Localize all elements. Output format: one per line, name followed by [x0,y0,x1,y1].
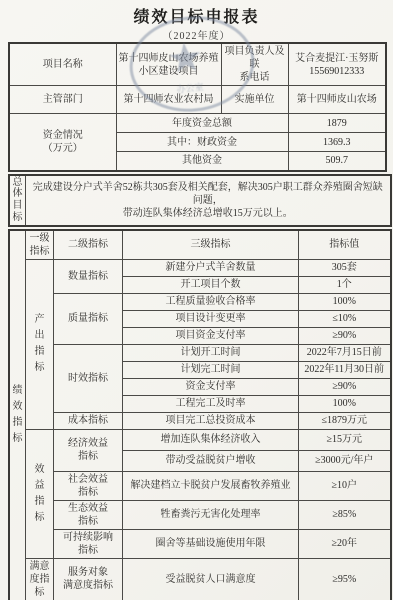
l3-cell: 计划完工时间 [123,361,299,378]
l3-cell: 受益脱贫人口满意度 [123,558,299,600]
l3-cell: 牲畜粪污无害化处理率 [123,500,299,529]
l3-cell: 计划开工时间 [123,344,299,361]
dept-value: 第十四师农业农村局 [116,86,221,114]
l3-cell: 资金支付率 [123,378,299,395]
value-cell: ≥90% [299,378,391,395]
value-cell: ≥3000元/年户 [299,450,391,471]
form-title: 绩效目标申报表 [0,4,393,27]
value-cell: ≥85% [299,500,391,529]
dept-label: 主管部门 [9,86,116,114]
impl-unit-value: 第十四师皮山农场 [288,86,386,114]
l3-cell: 项目完工总投资成本 [123,412,299,429]
l3-cell: 工程完工及时率 [123,395,299,412]
l2-cell: 成本指标 [54,412,123,429]
l3-cell: 增加连队集体经济收入 [123,429,299,450]
l2-cell: 质量指标 [54,293,123,344]
value-cell: 305套 [299,259,391,276]
leader-value: 艾合麦提江·玉努斯 15569012333 [288,43,386,86]
overall-goal-label-cell: 总体目标 [9,175,26,226]
header-level3: 三级指标 [123,230,299,260]
header-level1: 一级指标 [26,230,54,260]
l2-cell: 时效指标 [54,344,123,412]
indicator-row: 生态效益 指标 牲畜粪污无害化处理率 ≥85% [9,500,391,529]
leader-label: 项目负责人及联 系电话 [221,43,288,86]
project-name-value: 第十四师皮山农场养殖 小区建设项目 [116,43,221,86]
indicator-row: 成本指标 项目完工总投资成本 ≤1879万元 [9,412,391,429]
value-cell: ≥20年 [299,529,391,558]
value-cell: 1个 [299,276,391,293]
l3-cell: 带动受益脱贫户增收 [123,450,299,471]
l3-cell: 解决建档立卡脱贫户发展畜牧养殖业 [123,471,299,500]
funding-other-name: 其他资金 [116,152,288,171]
performance-side-label: 绩效指标 [12,383,23,447]
l2-cell: 经济效益 指标 [54,429,123,471]
indicator-row: 社会效益 指标 解决建档立卡脱贫户发展畜牧养殖业 ≥10户 [9,471,391,500]
value-cell: ≤1879万元 [299,412,391,429]
l1-output-label: 产出指标 [34,312,45,376]
overall-goal-table: 总体目标 完成建设分户式羊舍52栋共305套及相关配套，解决305户职工群众养殖… [8,174,392,227]
overall-goal-label: 总体目标 [12,177,23,224]
dept-row: 主管部门 第十四师农业农村局 实施单位 第十四师皮山农场 [9,86,386,114]
l3-cell: 圈舍等基础设施使用年限 [123,529,299,558]
overall-goal-row: 总体目标 完成建设分户式羊舍52栋共305套及相关配套，解决305户职工群众养殖… [9,175,391,226]
project-name-label: 项目名称 [9,43,116,86]
indicators-header-row: 绩效指标 一级指标 二级指标 三级指标 指标值 [9,230,391,260]
funding-fiscal-name: 其中：财政资金 [116,133,288,152]
l1-satisfaction-label: 满意 度指 标 [26,558,54,600]
value-cell: ≤10% [299,310,391,327]
header-level2: 二级指标 [54,230,123,260]
l1-output-label-cell: 产出指标 [26,259,54,429]
value-cell: ≥90% [299,327,391,344]
funding-label: 资金情况 （万元） [9,114,116,171]
form-subtitle: （2022年度） [0,27,393,42]
l3-cell: 工程质量验收合格率 [123,293,299,310]
indicators-table: 绩效指标 一级指标 二级指标 三级指标 指标值 产出指标 数量指标 新建分户式羊… [8,229,392,600]
value-cell: 100% [299,293,391,310]
indicator-row: 时效指标 计划开工时间 2022年7月15日前 [9,344,391,361]
l2-cell: 数量指标 [54,259,123,293]
l1-benefit-label-cell: 效益指标 [26,429,54,558]
l3-cell: 项目资金支付率 [123,327,299,344]
indicator-row: 效益指标 经济效益 指标 增加连队集体经济收入 ≥15万元 [9,429,391,450]
l2-cell: 生态效益 指标 [54,500,123,529]
value-cell: 100% [299,395,391,412]
value-cell: ≥10户 [299,471,391,500]
indicator-row: 产出指标 数量指标 新建分户式羊舍数量 305套 [9,259,391,276]
impl-unit-label: 实施单位 [221,86,288,114]
project-info-table: 项目名称 第十四师皮山农场养殖 小区建设项目 项目负责人及联 系电话 艾合麦提江… [8,42,387,172]
indicator-row: 质量指标 工程质量验收合格率 100% [9,293,391,310]
funding-total-value: 1879 [288,114,386,133]
l3-cell: 开工项目个数 [123,276,299,293]
funding-other-value: 509.7 [288,152,386,171]
indicator-row: 满意 度指 标 服务对象 满意度指标 受益脱贫人口满意度 ≥95% [9,558,391,600]
l3-cell: 项目设计变更率 [123,310,299,327]
indicator-row: 可持续影响 指标 圈舍等基础设施使用年限 ≥20年 [9,529,391,558]
funding-fiscal-value: 1369.3 [288,133,386,152]
project-name-row: 项目名称 第十四师皮山农场养殖 小区建设项目 项目负责人及联 系电话 艾合麦提江… [9,43,386,86]
value-cell: 2022年11月30日前 [299,361,391,378]
scanned-form-page: 绩效目标申报表 （2022年度） 项目名称 第十四师皮山农场养殖 小区建设项目 … [0,0,393,600]
l2-cell: 可持续影响 指标 [54,529,123,558]
l1-benefit-label: 效益指标 [34,462,45,526]
l3-cell: 新建分户式羊舍数量 [123,259,299,276]
funding-row-total: 资金情况 （万元） 年度资金总额 1879 [9,114,386,133]
value-cell: 2022年7月15日前 [299,344,391,361]
funding-total-name: 年度资金总额 [116,114,288,133]
value-cell: ≥95% [299,558,391,600]
value-cell: ≥15万元 [299,429,391,450]
overall-goal-text: 完成建设分户式羊舍52栋共305套及相关配套，解决305户职工群众养殖圈舍短缺问… [26,175,391,226]
l2-cell: 服务对象 满意度指标 [54,558,123,600]
performance-side-label-cell: 绩效指标 [9,230,26,600]
l2-cell: 社会效益 指标 [54,471,123,500]
header-value: 指标值 [299,230,391,260]
